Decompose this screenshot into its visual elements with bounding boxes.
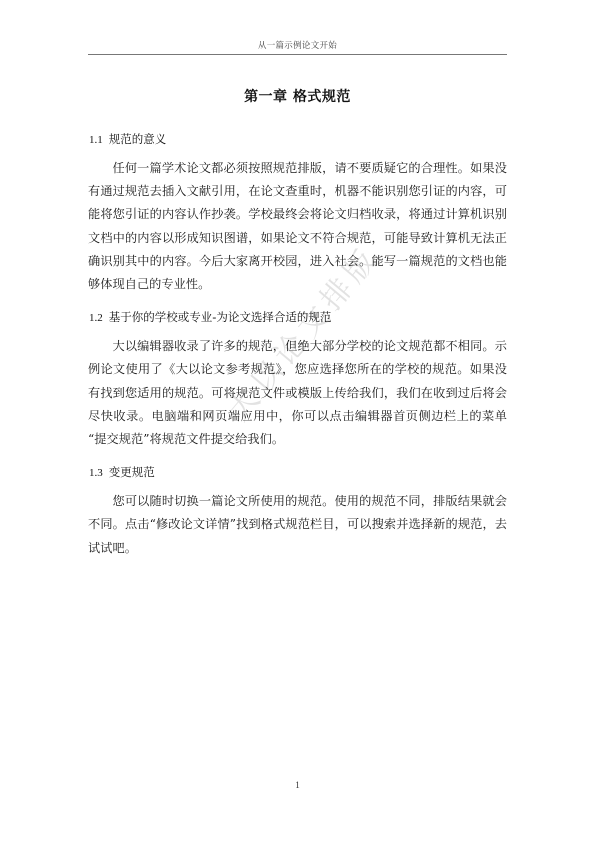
section-paragraph: 大以编辑器收录了许多的规范，但绝大部分学校的论文规范都不相同。示例论文使用了《大…: [88, 335, 507, 451]
section-heading: 1.2基于你的学校或专业-为论文选择合适的规范: [89, 309, 507, 325]
section-title: 变更规范: [109, 465, 155, 479]
section-number: 1.2: [89, 312, 103, 324]
section-title: 规范的意义: [109, 132, 167, 146]
section-1-2: 1.2基于你的学校或专业-为论文选择合适的规范 大以编辑器收录了许多的规范，但绝…: [88, 309, 507, 451]
section-number: 1.3: [89, 467, 103, 479]
section-number: 1.1: [89, 134, 103, 146]
page-number: 1: [0, 780, 595, 790]
document-body: 第一章 格式规范 1.1规范的意义 任何一篇学术论文都必须按照规范排版，请不要质…: [88, 86, 507, 560]
section-1-3: 1.3变更规范 您可以随时切换一篇论文所使用的规范。使用的规范不同，排版结果就会…: [88, 464, 507, 560]
document-page: 从一篇示例论文开始 大以论文排版 第一章 格式规范 1.1规范的意义 任何一篇学…: [0, 0, 595, 842]
section-paragraph: 您可以随时切换一篇论文所使用的规范。使用的规范不同，排版结果就会不同。点击“修改…: [88, 490, 507, 560]
section-title: 基于你的学校或专业-为论文选择合适的规范: [109, 310, 332, 324]
section-paragraph: 任何一篇学术论文都必须按照规范排版，请不要质疑它的合理性。如果没有通过规范去插入…: [88, 157, 507, 296]
running-header: 从一篇示例论文开始: [88, 40, 507, 55]
chapter-title: 第一章 格式规范: [88, 86, 507, 108]
section-heading: 1.3变更规范: [89, 464, 507, 480]
section-1-1: 1.1规范的意义 任何一篇学术论文都必须按照规范排版，请不要质疑它的合理性。如果…: [88, 131, 507, 296]
running-header-title: 从一篇示例论文开始: [258, 41, 337, 51]
section-heading: 1.1规范的意义: [89, 131, 507, 147]
